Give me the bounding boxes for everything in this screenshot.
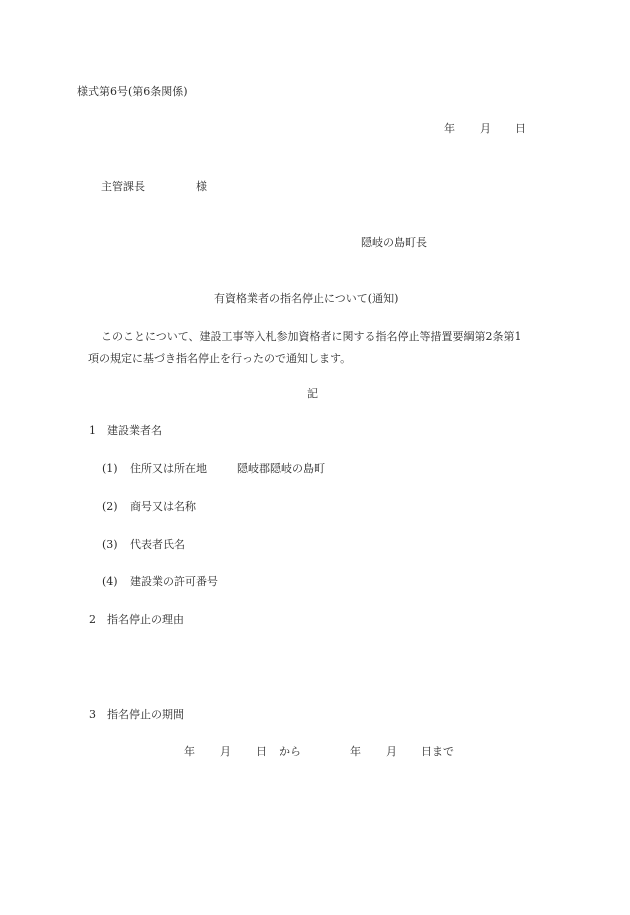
- item-label: 商号又は名称: [130, 500, 196, 514]
- addressee-honorific: 様: [196, 180, 207, 194]
- sender: 隠岐の島町長: [361, 236, 427, 250]
- ki-marker: 記: [307, 387, 318, 401]
- from-day: 日: [256, 745, 267, 759]
- item-value: 隠岐郡隠岐の島町: [237, 462, 325, 476]
- from-suffix: から: [279, 745, 301, 759]
- to-year: 年: [350, 745, 361, 759]
- date-day: 日: [515, 122, 526, 136]
- body-line-2: 項の規定に基づき指名停止を行ったので通知します。: [88, 352, 351, 366]
- from-month: 月: [220, 745, 231, 759]
- item-label: 建設業の許可番号: [130, 575, 218, 589]
- item-number: (2): [102, 500, 118, 514]
- to-month: 月: [386, 745, 397, 759]
- section-title: 建設業者名: [107, 424, 162, 438]
- item-label: 住所又は所在地: [130, 462, 207, 476]
- date-month: 月: [480, 122, 491, 136]
- date-year: 年: [444, 122, 455, 136]
- item-number: (4): [102, 575, 118, 589]
- from-year: 年: [184, 745, 195, 759]
- item-label: 代表者氏名: [130, 538, 185, 552]
- section-number: 3: [89, 708, 96, 722]
- section-title: 指名停止の理由: [107, 613, 184, 627]
- item-number: (1): [102, 462, 118, 476]
- form-label: 様式第6号(第6条関係): [77, 85, 188, 99]
- body-line-1: このことについて、建設工事等入札参加資格者に関する指名停止等措置要綱第2条第1: [101, 330, 522, 344]
- addressee-title: 主管課長: [101, 180, 145, 194]
- item-number: (3): [102, 538, 118, 552]
- to-day-suffix: 日まで: [421, 745, 454, 759]
- section-number: 1: [89, 424, 96, 438]
- section-title: 指名停止の期間: [107, 708, 184, 722]
- section-number: 2: [89, 613, 96, 627]
- subject-title: 有資格業者の指名停止について(通知): [214, 292, 398, 306]
